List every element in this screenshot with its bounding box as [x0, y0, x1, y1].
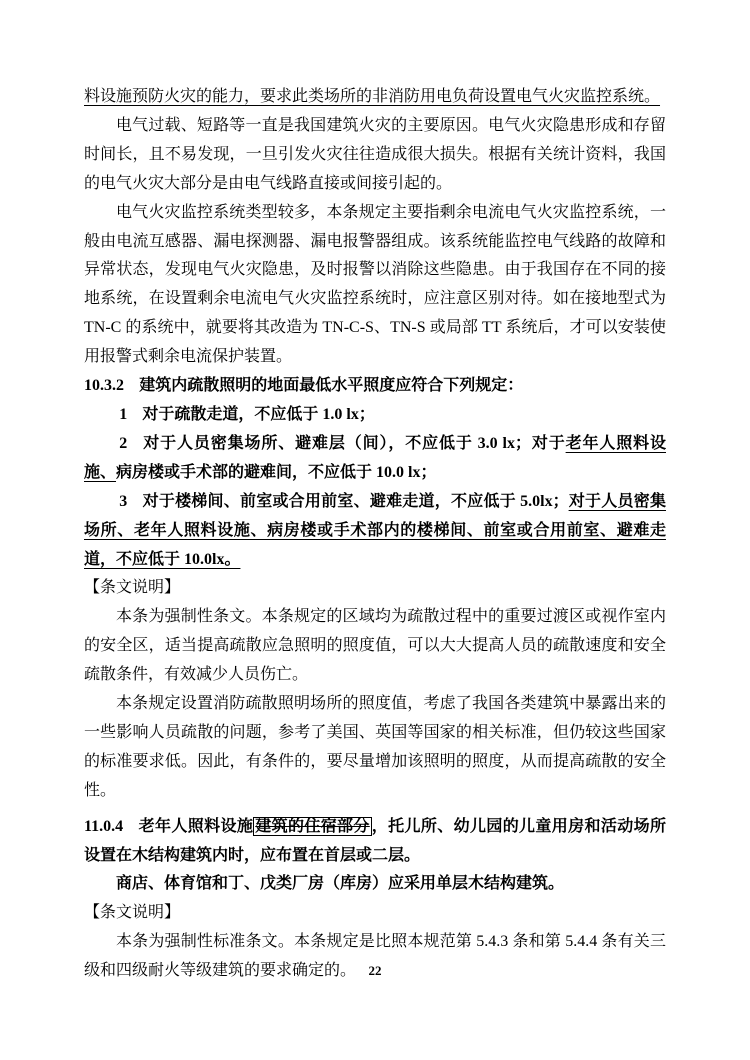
explanation-label: 【条文说明】	[84, 899, 666, 928]
paragraph-electrical-fire-causes: 电气过载、短路等一直是我国建筑火灾的主要原因。电气火灾隐患形成和存留时间长，且不…	[84, 112, 666, 199]
clause-11-0-4-heading: 11.0.4老年人照料设施建筑的住宿部分，托儿所、幼儿园的儿童用房和活动场所设置…	[84, 813, 666, 871]
list-item-1: 1对于疏散走道，不应低于 1.0 lx；	[84, 401, 666, 430]
explanation-10-3-2-paragraph-2: 本条规定设置消防疏散照明场所的照度值，考虑了我国各类建筑中暴露出来的一些影响人员…	[84, 690, 666, 806]
item-number: 2	[119, 435, 127, 452]
item-text: 对于疏散走道，不应低于 1.0 lx；	[142, 406, 374, 423]
item-text: 病房楼或手术部的避难间，不应低于 10.0 lx；	[116, 464, 436, 481]
explanation-label: 【条文说明】	[84, 574, 666, 603]
clause-title: 建筑内疏散照明的地面最低水平照度应符合下列规定：	[139, 377, 523, 394]
clause-number: 10.3.2	[84, 377, 124, 394]
clause-11-0-4-paragraph-2: 商店、体育馆和丁、戊类厂房（库房）应采用单层木结构建筑。	[84, 870, 666, 899]
overflow-continuation-line: 料设施预防火灾的能力，要求此类场所的非消防用电负荷设置电气火灾监控系统。	[84, 83, 666, 112]
item-text: 对于人员密集场所、避难层（间），不应低于 3.0 lx；对于	[142, 435, 565, 452]
deleted-text-box: 建筑的住宿部分	[253, 817, 372, 836]
underlined-text: 料设施预防火灾的能力，要求此类场所的非消防用电负荷设置电气火灾监控系统。	[84, 88, 660, 105]
list-item-3: 3对于楼梯间、前室或合用前室、避难走道，不应低于 5.0lx；对于人员密集场所、…	[84, 488, 666, 575]
document-page: 料设施预防火灾的能力，要求此类场所的非消防用电负荷设置电气火灾监控系统。 电气过…	[0, 0, 750, 1060]
item-number: 3	[119, 493, 127, 510]
list-item-2: 2对于人员密集场所、避难层（间），不应低于 3.0 lx；对于老年人照料设施、病…	[84, 430, 666, 488]
explanation-10-3-2-paragraph-1: 本条为强制性条文。本条规定的区域均为疏散过程中的重要过渡区或视作室内的安全区，适…	[84, 603, 666, 690]
clause-10-3-2-heading: 10.3.2建筑内疏散照明的地面最低水平照度应符合下列规定：	[84, 372, 666, 401]
item-text: 对于楼梯间、前室或合用前室、避难走道，不应低于 5.0lx；	[142, 493, 568, 510]
document-body: 料设施预防火灾的能力，要求此类场所的非消防用电负荷设置电气火灾监控系统。 电气过…	[84, 83, 666, 986]
item-number: 1	[119, 406, 127, 423]
paragraph-monitoring-system-types: 电气火灾监控系统类型较多，本条规定主要指剩余电流电气火灾监控系统，一般由电流互感…	[84, 199, 666, 372]
clause-text: 老年人照料设施	[138, 818, 253, 835]
page-number: 22	[0, 963, 750, 979]
clause-number: 11.0.4	[84, 818, 123, 835]
